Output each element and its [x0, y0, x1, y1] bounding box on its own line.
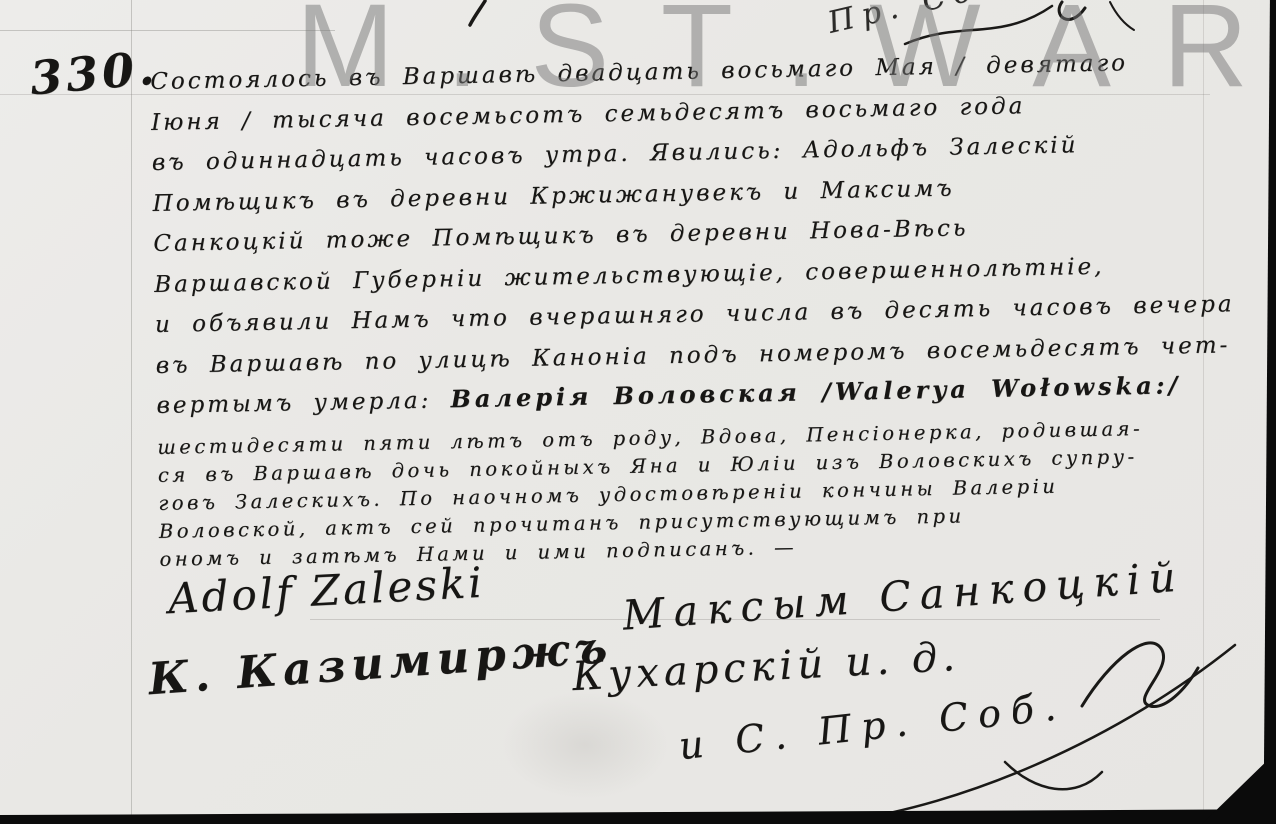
signature-abbreviation-line: и С. Пр. Соб.	[677, 684, 1068, 768]
signature-k-kazimirz: К. Казимиржъ	[147, 622, 615, 705]
top-right-stroke	[1110, 2, 1134, 30]
death-record-scan-page: 330. Пр. Соб. Состоялось въ Варшавѣ двад…	[0, 0, 1276, 824]
paper-smudge	[500, 690, 670, 800]
kucharski-paraph	[1082, 643, 1198, 707]
scan-edge-bottom	[0, 808, 1276, 824]
signature-maksym-sankocki: Максым Санкоцкій	[621, 552, 1186, 639]
record-text: Состоялось въ Варшавѣ двадцать восьмаго …	[150, 45, 1234, 570]
previous-record-signature-fragment: Пр. Соб.	[825, 0, 1025, 41]
top-pen-stroke	[470, 1, 485, 25]
act-number: 330.	[28, 41, 160, 106]
scan-edge-right	[1260, 0, 1276, 824]
ruled-line-top	[0, 30, 335, 31]
signature-kucharski-official: Кухарскій и. д.	[571, 634, 961, 700]
bottom-flourish-curl	[1005, 762, 1102, 789]
top-right-flourish-2	[1059, 2, 1085, 19]
margin-line-left	[131, 0, 132, 824]
